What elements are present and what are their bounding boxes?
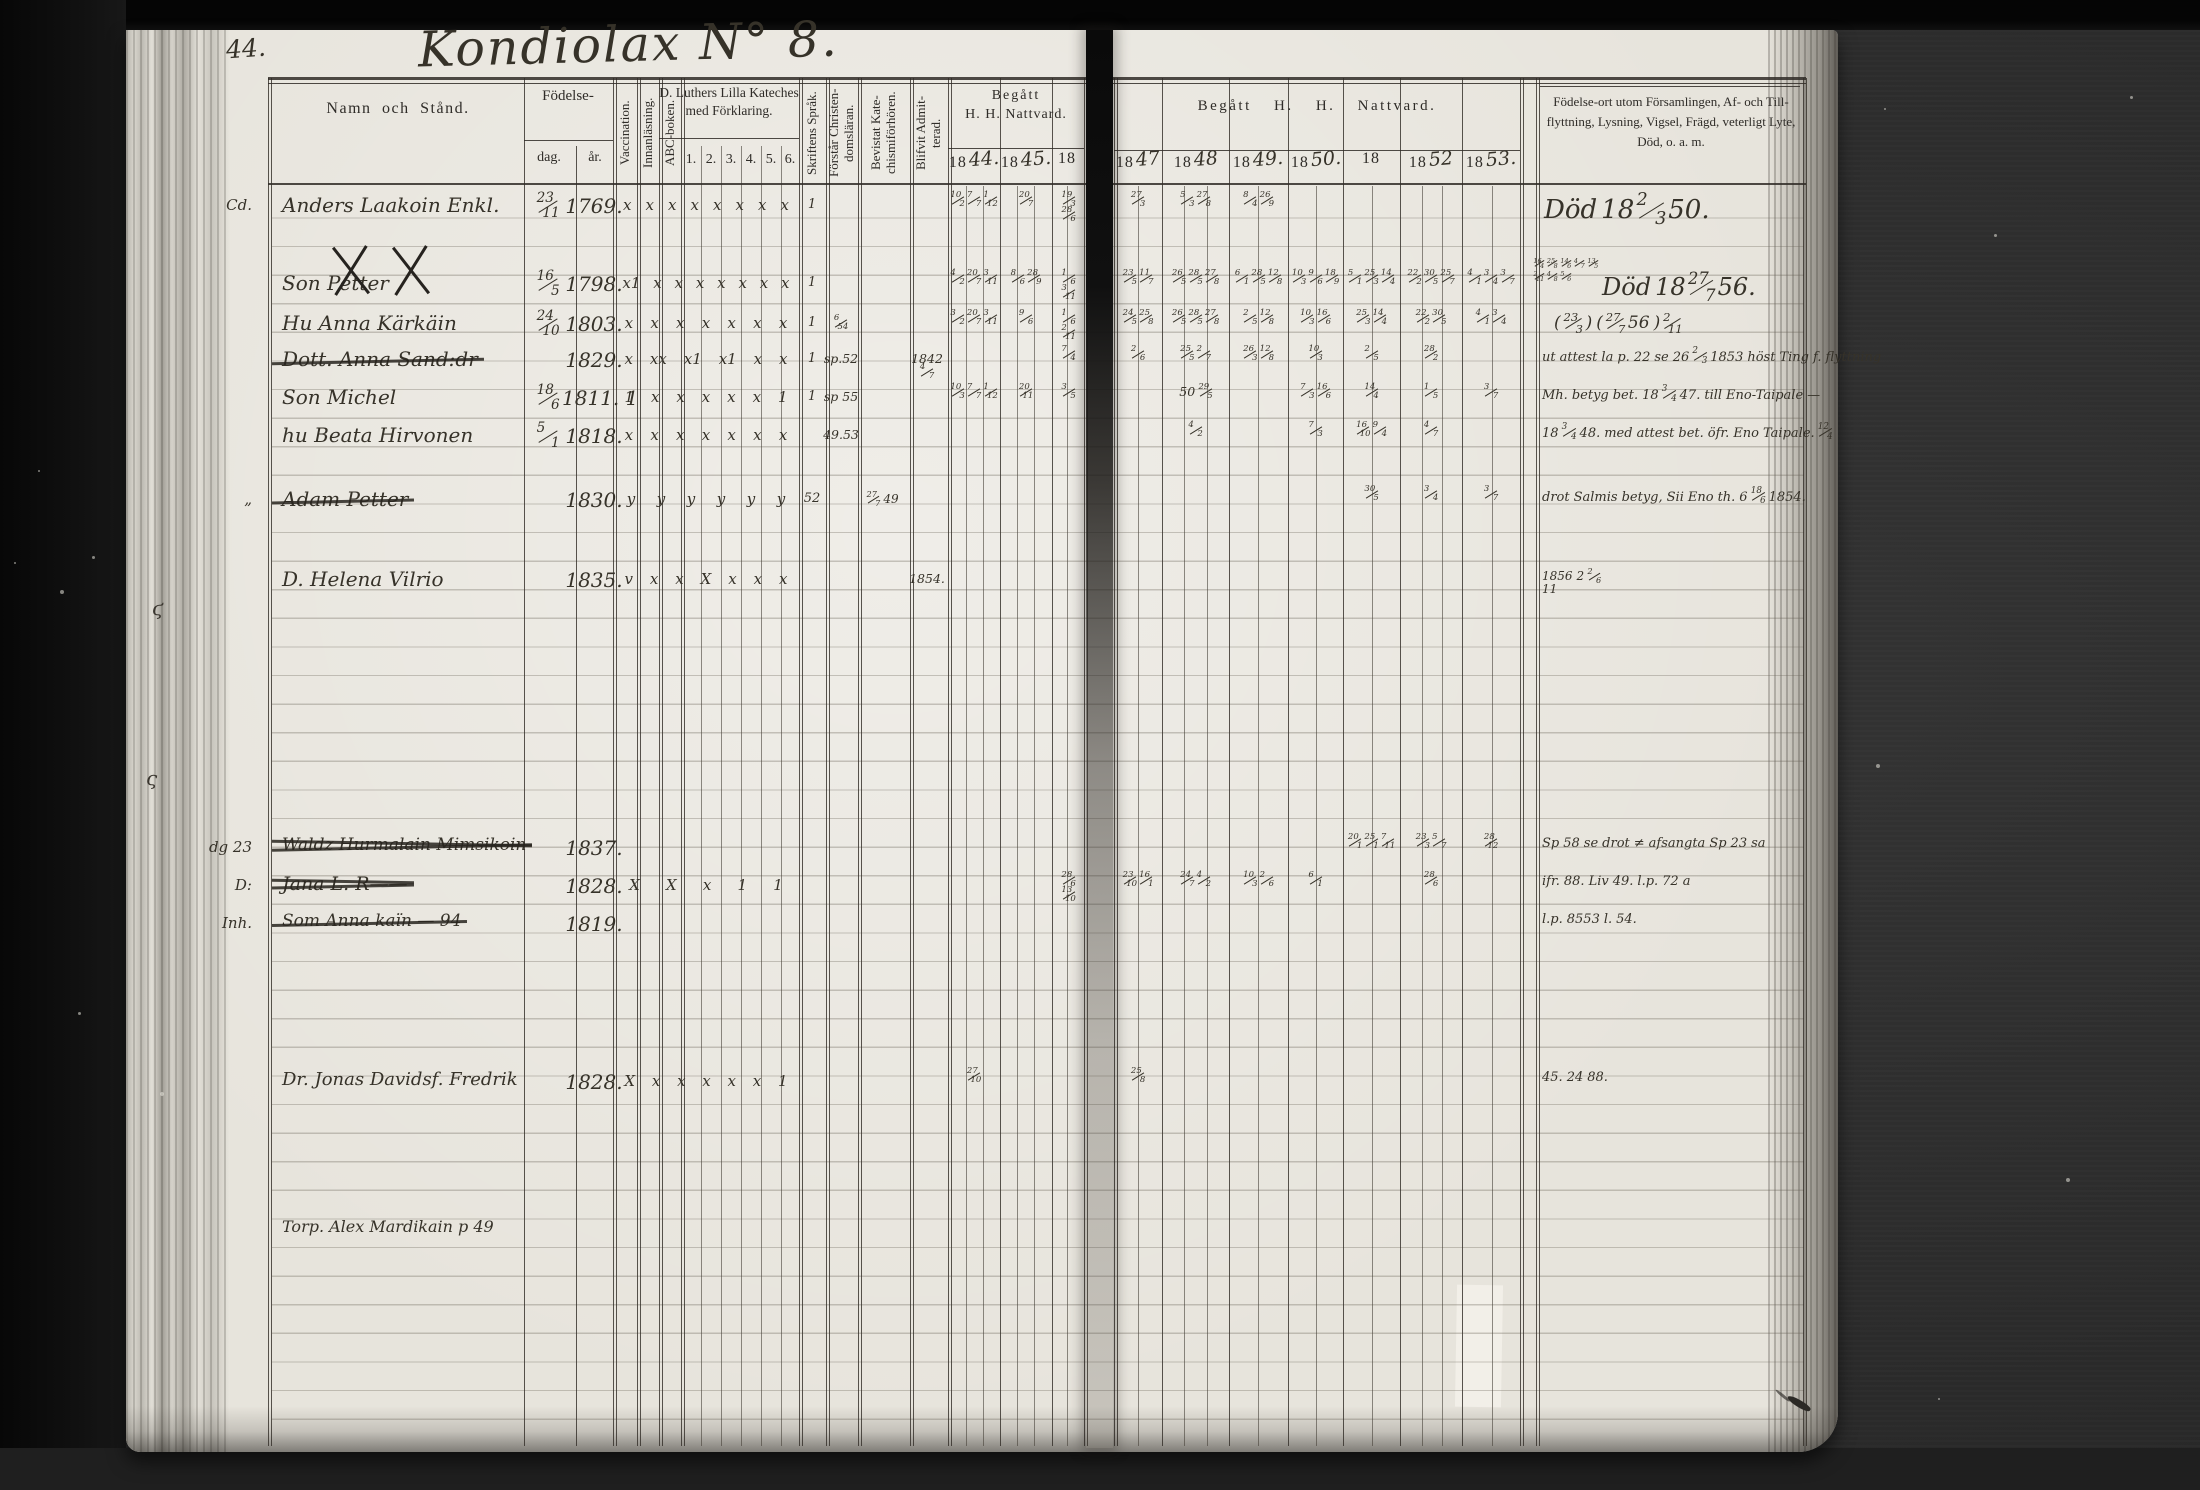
year-printed: 18	[1233, 154, 1251, 171]
date-fraction: 305	[1425, 271, 1438, 285]
date-fraction: 286	[1425, 873, 1438, 887]
date-fraction: 285	[1189, 271, 1202, 285]
entry-reading-marks: xxxxxxx	[616, 428, 796, 444]
entry-birth-year: 1837.	[562, 838, 626, 859]
date-fraction: 34	[1563, 425, 1576, 440]
hand-token: drot	[1602, 837, 1630, 851]
hand-token: flyttning	[1825, 351, 1881, 365]
hand-token: 50.	[1668, 197, 1709, 224]
entry-communion-1844: 2710	[949, 1069, 999, 1083]
date-fraction: 42	[1189, 423, 1202, 437]
hand-token: ≠	[1634, 837, 1645, 851]
grid-vertical-rule	[966, 186, 967, 1446]
date-fraction: 61	[1309, 873, 1322, 887]
year-column-label: 1847	[1112, 150, 1164, 172]
date-fraction: 73	[1309, 423, 1322, 437]
entry-name: Anders Laakoin Enkl.	[282, 195, 499, 216]
grid-vertical-rule	[576, 146, 577, 1446]
hand-token: med	[1604, 427, 1632, 441]
dust-speck	[2066, 1178, 2070, 1182]
grid-horizontal-rule	[524, 140, 613, 141]
dust-speck	[38, 470, 40, 472]
hand-token: x	[779, 316, 787, 332]
grid-vertical-rule	[1017, 186, 1018, 1446]
entry-communion-1852: 23357	[1401, 835, 1461, 849]
entry-communion-1851: 305	[1344, 487, 1399, 501]
hand-token: x	[781, 198, 789, 214]
hand-token: x	[753, 428, 761, 444]
hand-token: 18	[1542, 427, 1559, 441]
date-fraction: 269	[1261, 193, 1274, 207]
date-fraction: 102	[951, 193, 964, 207]
scan-background-top	[0, 0, 2200, 30]
date-fraction: 47	[1575, 258, 1585, 269]
date-fraction: 124	[1819, 425, 1832, 440]
entry-note: (233)(27756)211	[1552, 313, 1683, 333]
entry-communion-1848: 50295	[1163, 385, 1228, 399]
hand-token: x	[736, 198, 744, 214]
entry-communion-1847: 26	[1115, 347, 1161, 361]
date-fraction: 258	[1140, 311, 1153, 325]
entry-reading-marks: Xxxxxx1	[616, 1074, 796, 1090]
entry-note: Mh.betygbet.183447.tillEno-Taipale—	[1540, 387, 1822, 402]
date-fraction: 305	[1433, 311, 1446, 325]
date-fraction: 245	[1124, 311, 1137, 325]
grid-vertical-rule	[1067, 186, 1068, 1446]
hand-token: x	[727, 316, 735, 332]
entry-communion-1850: 61	[1289, 873, 1342, 887]
entry-admitted: 1854.	[904, 572, 950, 585]
hand-token: 54.	[1616, 913, 1637, 927]
date-fraction: 146	[1561, 258, 1571, 269]
hand-token: l.p.	[1637, 875, 1658, 889]
date-fraction: 73	[1301, 385, 1314, 399]
hand-token: x1	[684, 352, 702, 368]
date-fraction: 258	[1132, 1069, 1145, 1083]
hand-token: x	[646, 198, 654, 214]
entry-communion-1848: 25527	[1163, 347, 1228, 361]
entry-name: Dott. Anna Sand:dr	[282, 349, 478, 370]
entry-note: Sp58sedrot≠afsangtaSp23sa	[1540, 837, 1768, 851]
date-fraction: 47	[1425, 423, 1438, 437]
hand-token: 11	[1542, 583, 1557, 596]
date-fraction: 278	[1198, 193, 1211, 207]
date-fraction: 295	[1199, 385, 1212, 399]
date-fraction: 144	[1365, 385, 1378, 399]
entry-communion-1849: 84269	[1230, 193, 1287, 207]
year-handwritten: 49.	[1252, 147, 1284, 172]
hand-token: x	[702, 390, 710, 406]
hand-token: (	[1596, 315, 1603, 333]
hand-token: x	[754, 572, 762, 588]
hand-token: 23	[1731, 837, 1748, 851]
hand-token: x	[727, 390, 735, 406]
entry-communion-1852: 15	[1401, 385, 1461, 399]
year-handwritten: 53.	[1485, 147, 1517, 172]
vertical-header-line: Blifvit Admit-	[914, 84, 929, 182]
hand-token: x	[676, 390, 684, 406]
hand-token: X	[624, 1074, 635, 1090]
hand-token: l.p.	[1542, 913, 1563, 927]
hand-token: 47.	[1680, 389, 1701, 403]
year-column-label: 1849.	[1232, 150, 1284, 172]
entry-bevistat: 27749	[854, 492, 912, 506]
hand-token: Sii	[1667, 491, 1684, 505]
entry-communion-1846: 193286	[1053, 193, 1084, 222]
date-fraction: 144	[1374, 311, 1387, 325]
date-fraction: 25	[1365, 347, 1378, 361]
dust-speck	[2130, 96, 2133, 99]
entry-communion-1851: 253144	[1344, 311, 1399, 325]
hand-token: 2	[1577, 570, 1585, 583]
hand-token: 18	[1642, 389, 1659, 403]
entry-communion-1851: 161094	[1344, 423, 1399, 437]
year-printed: 18	[949, 154, 967, 171]
hand-token: y	[627, 492, 635, 508]
hand-token: 58	[1563, 837, 1580, 851]
entry-name: Adam Petter	[282, 489, 408, 510]
date-fraction: 186	[538, 386, 558, 409]
grid-vertical-rule	[826, 78, 827, 1446]
date-fraction: 311	[1062, 285, 1075, 299]
grid-horizontal-rule	[268, 183, 1806, 185]
hand-token: x	[676, 428, 684, 444]
hand-token: (	[1554, 315, 1561, 333]
grid-vertical-rule	[910, 78, 911, 1446]
year-printed: 18	[1001, 154, 1019, 171]
date-fraction: 2011	[1020, 385, 1033, 399]
hand-token: 1	[738, 878, 748, 894]
date-fraction: 305	[1365, 487, 1378, 501]
entry-communion-1852: 286	[1401, 873, 1461, 887]
date-fraction: 94	[1374, 423, 1387, 437]
year-handwritten: 52	[1428, 147, 1454, 171]
entry-communion-1853: 413437	[1463, 271, 1519, 285]
hand-token: 1856	[1542, 570, 1573, 583]
date-fraction: 257	[1441, 271, 1454, 285]
entry-reading-marks: 1xxxxx1	[616, 390, 796, 406]
year-printed: 18	[1466, 154, 1484, 171]
hand-token: x	[651, 390, 659, 406]
entry-communion-1846: 74	[1053, 347, 1084, 361]
hand-token: x1	[622, 276, 640, 292]
col-header-innanläsning: Innanläsning.	[637, 84, 659, 182]
col-header-notes: Födelse-ort utom Församlingen, Af- och T…	[1542, 92, 1800, 152]
date-fraction: 112	[984, 193, 997, 207]
entry-communion-1844: 10277112	[949, 193, 999, 207]
entry-reading-marks: xxxx1x1xx	[616, 352, 796, 368]
date-fraction: 258	[1548, 258, 1558, 269]
vertical-header-line: domsläran.	[842, 84, 857, 182]
entry-reading-marks: yyyyyy	[616, 492, 796, 508]
entry-communion-1847: 273	[1115, 193, 1161, 207]
hand-token: se	[1654, 351, 1668, 365]
col-header-blifvit: Blifvit Admit-terad.	[910, 84, 948, 182]
hand-token: 55	[842, 390, 858, 403]
hand-token: ifr.	[1542, 875, 1560, 889]
page-edge-stack-left	[126, 30, 230, 1452]
hand-token: x	[738, 276, 746, 292]
date-fraction: 48	[1548, 271, 1558, 282]
hand-token: bet.	[1678, 427, 1703, 441]
year-column-label: 1852	[1405, 150, 1457, 172]
date-fraction: 103	[1309, 347, 1322, 361]
hand-token: 45.	[1542, 1071, 1563, 1085]
date-fraction: 164	[1534, 258, 1544, 269]
entry-communion-1846: 2861310	[1053, 873, 1084, 902]
entry-skrift: 1	[799, 276, 825, 290]
col-header-skriftens: Skriftens Språk.	[799, 84, 826, 182]
hand-token: y	[657, 492, 665, 508]
hand-token: 1	[808, 316, 816, 330]
vertical-header-line: Vaccination.	[618, 84, 633, 182]
date-fraction: 41	[1477, 311, 1490, 325]
date-fraction: 253	[1365, 271, 1378, 285]
entry-communion-1847: 258	[1115, 1069, 1161, 1083]
col-header-ar: år.	[577, 150, 613, 166]
hand-token: 1	[808, 390, 816, 404]
hand-token: sp.52	[824, 352, 858, 365]
entry-name: Hu Anna Kärkäin	[282, 313, 457, 334]
year-printed: 18	[1174, 154, 1192, 171]
entry-reading-marks: vxxXxxx	[616, 572, 796, 588]
hand-token: 56.	[1718, 275, 1756, 300]
date-fraction: 103	[1293, 271, 1306, 285]
hand-token: se	[1584, 837, 1598, 851]
entry-communion-1847: 235117	[1115, 271, 1161, 285]
hand-token: attest	[1637, 427, 1675, 441]
grid-vertical-rule	[1316, 186, 1317, 1446]
hand-token: sp	[824, 390, 838, 403]
date-fraction: 37	[1485, 487, 1498, 501]
date-fraction: 74	[1062, 347, 1075, 361]
hand-token: f.	[1813, 351, 1821, 365]
date-fraction: 263	[1244, 347, 1257, 361]
entry-communion-1851: 51253144	[1344, 271, 1399, 285]
entry-note: utattestlap.22se26231853höstTingf.flyttn…	[1540, 349, 1883, 364]
dust-speck	[78, 1012, 81, 1015]
grid-vertical-rule	[1207, 186, 1208, 1446]
date-fraction: 42	[1198, 873, 1211, 887]
date-fraction: 26	[1261, 873, 1274, 887]
entry-communion-1846: 35	[1053, 385, 1084, 399]
entry-note: Död1827756.	[1600, 273, 1758, 301]
hand-token: 48.	[1580, 427, 1601, 441]
hand-token: X	[701, 572, 712, 588]
year-handwritten: 47	[1135, 147, 1161, 171]
hand-token: 1853	[1710, 351, 1743, 365]
grid-horizontal-rule	[268, 77, 1806, 80]
hand-token: 26	[1673, 351, 1690, 365]
grid-vertical-rule	[1034, 186, 1035, 1446]
entry-forstar: sp.52	[820, 352, 862, 365]
grid-horizontal-rule	[1540, 86, 1800, 87]
hand-token: x	[713, 198, 721, 214]
col-header-förstår: Förstår Christen-domsläran.	[826, 84, 858, 182]
date-fraction: 15	[1425, 385, 1438, 399]
scan-background-left	[0, 0, 126, 1490]
date-fraction: 23	[1638, 195, 1664, 225]
year-printed: 18	[1409, 154, 1427, 171]
entry-communion-1853: 37	[1463, 487, 1519, 501]
entry-forstar: sp55	[820, 390, 862, 403]
date-fraction: 77	[968, 385, 981, 399]
hand-token: öfr.	[1708, 427, 1730, 441]
hand-token: x	[676, 316, 684, 332]
date-fraction: 47	[921, 365, 934, 379]
date-fraction: 311	[984, 271, 997, 285]
entry-name: Som Anna kaïn — 94	[282, 913, 461, 931]
entry-reading-marks: xxxxxxx	[616, 316, 796, 332]
hand-token: th.	[1718, 491, 1736, 505]
date-fraction: 289	[1028, 271, 1041, 285]
entry-name: Jana L. R——	[282, 875, 408, 895]
grid-vertical-rule	[741, 146, 742, 1446]
date-fraction: 2311	[538, 194, 558, 217]
hand-token: 52	[804, 492, 821, 506]
hand-token: y	[747, 492, 755, 508]
entry-communion-1852: 47	[1401, 423, 1461, 437]
year-printed: 18	[1116, 154, 1134, 171]
entry-note: 183448.medattestbet.öfr.EnoTaipale.124	[1540, 425, 1834, 440]
hand-token: höst	[1747, 351, 1775, 365]
hand-token: 88.	[1564, 875, 1585, 889]
entry-reading-marks: x1xxxxxxx	[616, 276, 796, 292]
date-fraction: 247	[1181, 873, 1194, 887]
hand-token: x	[779, 428, 787, 444]
entry-communion-1850: 73	[1289, 423, 1342, 437]
date-fraction: 61	[1236, 271, 1249, 285]
date-fraction: 286	[1062, 207, 1075, 221]
date-fraction: 278	[1206, 271, 1219, 285]
entry-communion-1850: 103166	[1289, 311, 1342, 325]
hand-token: x	[650, 428, 658, 444]
hand-token: Död	[1602, 275, 1651, 300]
hand-token: 50	[1179, 385, 1195, 398]
entry-communion-1848: 53278	[1163, 193, 1228, 207]
hand-token: 24	[1567, 1071, 1584, 1085]
entry-communion-1845: 2011	[1001, 385, 1051, 399]
hand-token: xx	[650, 352, 667, 368]
hand-token: drot	[1542, 491, 1570, 505]
year-column-label: 18	[1346, 150, 1398, 168]
col-header-vaccination: Vaccination.	[613, 84, 637, 182]
date-fraction: 222	[1417, 311, 1430, 325]
date-fraction: 166	[1318, 311, 1331, 325]
dust-speck	[1994, 234, 1997, 237]
strikethrough-line	[272, 884, 414, 890]
page-title-handwritten: Kondiolax N° 8.	[417, 11, 839, 79]
date-fraction: 128	[1261, 347, 1274, 361]
date-fraction: 2410	[538, 312, 558, 335]
entry-communion-1849: 61285128	[1230, 271, 1287, 285]
entry-communion-1853: 4134	[1463, 311, 1519, 325]
entry-note-small-dates: 164258146471352114856	[1532, 258, 1608, 284]
hand-token: till	[1704, 389, 1722, 403]
date-fraction: 23	[1693, 349, 1706, 364]
book-gutter-shadow	[1086, 30, 1113, 1448]
hand-token: x	[703, 878, 711, 894]
grid-vertical-rule	[721, 146, 722, 1446]
date-fraction: 84	[1244, 193, 1257, 207]
hand-token: bet.	[1613, 389, 1638, 403]
entry-communion-1845: 86289	[1001, 271, 1051, 285]
hand-token: v	[624, 572, 632, 588]
entry-communion-1850: 73166	[1289, 385, 1342, 399]
hand-token: 72	[1662, 875, 1679, 889]
hand-token: 49	[883, 493, 898, 506]
dust-speck	[1884, 108, 1886, 110]
entry-name: Torp. Alex Mardikain p 49	[282, 1219, 494, 1236]
hand-token: x	[675, 572, 683, 588]
date-fraction: 135	[1588, 258, 1598, 269]
date-fraction: 51	[538, 424, 558, 447]
page-edge-pen-mark: ς	[146, 766, 157, 790]
entry-communion-1848: 265285278	[1163, 271, 1228, 285]
date-fraction: 34	[1493, 311, 1506, 325]
entry-communion-1844: 10377112	[949, 385, 999, 399]
year-column-label: 1850.	[1290, 150, 1342, 172]
date-fraction: 207	[968, 271, 981, 285]
hand-token: x	[779, 352, 787, 368]
date-fraction: 96	[1309, 271, 1322, 285]
katekes-col-number: 4.	[741, 152, 761, 168]
date-fraction: 103	[1301, 311, 1314, 325]
col-header-dag: dag.	[522, 150, 576, 166]
hand-token: x	[753, 390, 761, 406]
hand-token: x	[781, 276, 789, 292]
col-header-abc: ABC-boken.	[659, 84, 681, 182]
grid-vertical-rule	[1803, 78, 1804, 1446]
hand-token: x	[691, 198, 699, 214]
dust-speck	[236, 1402, 238, 1404]
date-fraction: 233	[1565, 313, 1582, 333]
hand-token: 1	[808, 276, 816, 290]
vertical-header-line: Innanläsning.	[641, 84, 656, 182]
entry-note: 185622611	[1540, 569, 1614, 595]
hand-token: x	[650, 316, 658, 332]
date-fraction: 26	[1132, 347, 1145, 361]
entry-reading-marks: xxxxxxxx	[616, 198, 796, 214]
hand-token: x	[625, 428, 633, 444]
grid-vertical-rule	[1442, 186, 1443, 1446]
entry-note: l.p.8553l.54.	[1540, 913, 1639, 927]
date-fraction: 112	[984, 385, 997, 399]
date-fraction: 34	[1663, 387, 1676, 402]
dust-speck	[92, 556, 95, 559]
date-fraction: 1610	[1357, 423, 1370, 437]
date-fraction: 103	[1244, 873, 1257, 887]
hand-token: x	[728, 1074, 736, 1090]
date-fraction: 117	[1140, 271, 1153, 285]
entry-note: 45.2488.	[1540, 1071, 1610, 1085]
entry-communion-1846: 16311	[1053, 271, 1084, 300]
year-column-label: 1844.	[948, 150, 1000, 172]
entry-communion-1851: 144	[1344, 385, 1399, 399]
entry-margin-mark: „	[186, 492, 252, 508]
date-fraction: 235	[1124, 271, 1137, 285]
hand-token: betyg	[1572, 389, 1609, 403]
hand-token: 88.	[1587, 1071, 1608, 1085]
entry-communion-1846: 16211	[1053, 311, 1084, 340]
grid-vertical-rule	[1520, 78, 1521, 1446]
date-fraction: 654	[835, 316, 848, 330]
year-handwritten: 50.	[1310, 147, 1342, 172]
entry-name: Son Michel	[282, 387, 396, 408]
grid-vertical-rule	[861, 78, 862, 1446]
hand-token: x	[760, 276, 768, 292]
col-header-fodelse: Födelse-	[522, 88, 614, 105]
